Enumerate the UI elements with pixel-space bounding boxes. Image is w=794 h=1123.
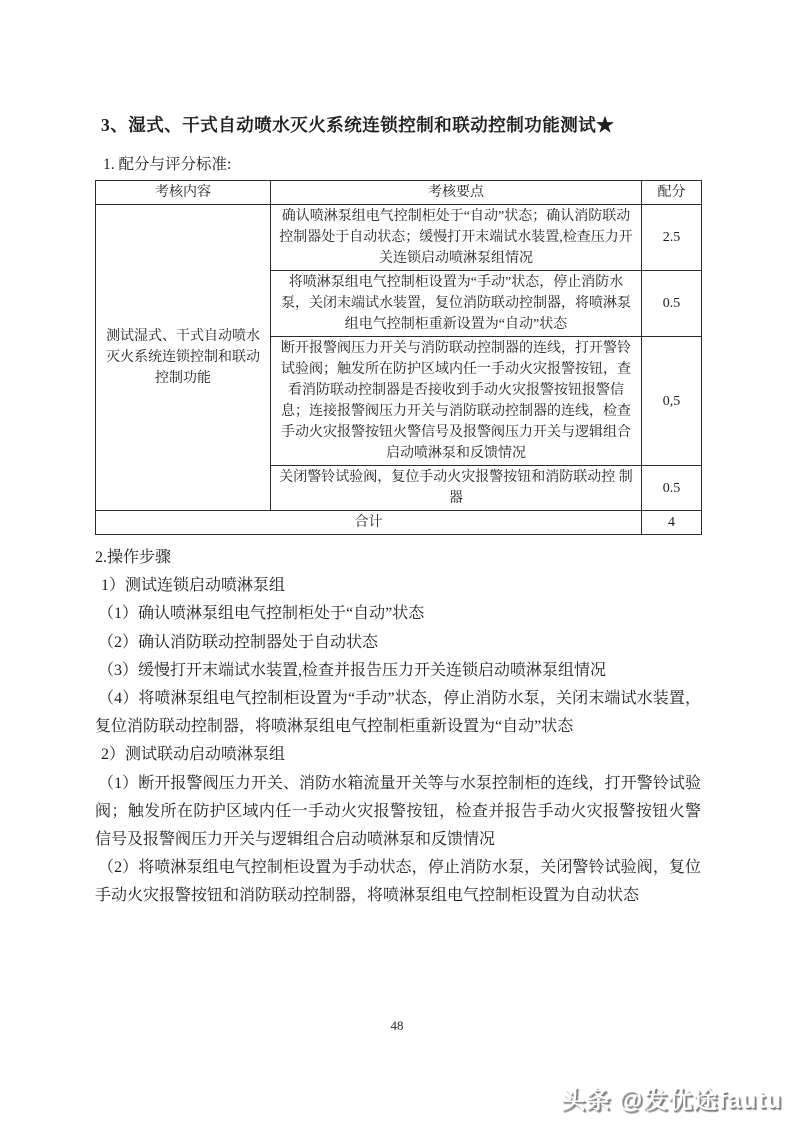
page-number: 48 (0, 1018, 794, 1034)
step-item: 2）测试联动启动喷淋泵组 (95, 741, 701, 769)
score-cell: 0.5 (642, 466, 702, 511)
step-item: （1）断开报警阀压力开关、消防水箱流量开关等与水泵控制柜的连线，打开警铃试验阀；… (95, 770, 701, 855)
total-label-cell: 合计 (96, 511, 642, 535)
header-exam-content: 考核内容 (96, 181, 271, 205)
step-item: （3）缓慢打开末端试水装置,检查并报告压力开关连锁启动喷淋泵组情况 (95, 657, 701, 685)
exam-point-cell: 确认喷淋泵组电气控制柜处于“自动”状态；确认消防联动控制器处于自动状态；缓慢打开… (271, 205, 642, 271)
steps-heading: 2.操作步骤 (95, 544, 701, 572)
exam-point-cell: 关闭警铃试验阀，复位手动火灾报警按钮和消防联动控 制器 (271, 466, 642, 511)
exam-content-label: 测试湿式、干式自动喷水灭火系统连锁控制和联动控制功能 (96, 205, 271, 511)
table-header-row: 考核内容 考核要点 配分 (96, 181, 702, 205)
document-content: 3、湿式、干式自动喷水灭火系统连锁控制和联动控制功能测试★ 1. 配分与评分标准… (95, 112, 701, 911)
exam-point-cell: 断开报警阀压力开关与消防联动控制器的连线，打开警铃试验阀；触发所在防护区域内任一… (271, 337, 642, 466)
step-item: （2）将喷淋泵组电气控制柜设置为手动状态，停止消防水泵，关闭警铃试验阀，复位手动… (95, 854, 701, 910)
score-cell: 0,5 (642, 337, 702, 466)
step-item: 1）测试连锁启动喷淋泵组 (95, 572, 701, 600)
scoring-table: 考核内容 考核要点 配分 测试湿式、干式自动喷水灭火系统连锁控制和联动控制功能 … (95, 180, 702, 535)
step-item: （4）将喷淋泵组电气控制柜设置为“手动”状态，停止消防水泵，关闭末端试水装置，复… (95, 685, 701, 741)
operation-steps-section: 2.操作步骤 1）测试连锁启动喷淋泵组 （1）确认喷淋泵组电气控制柜处于“自动”… (95, 544, 701, 911)
table-row: 测试湿式、干式自动喷水灭火系统连锁控制和联动控制功能 确认喷淋泵组电气控制柜处于… (96, 205, 702, 271)
table-total-row: 合计 4 (96, 511, 702, 535)
score-cell: 0.5 (642, 271, 702, 337)
exam-point-cell: 将喷淋泵组电气控制柜设置为“手动”状态，停止消防水泵，关闭末端试水装置，复位消防… (271, 271, 642, 337)
total-score-cell: 4 (642, 511, 702, 535)
header-exam-points: 考核要点 (271, 181, 642, 205)
header-score: 配分 (642, 181, 702, 205)
scoring-criteria-subtitle: 1. 配分与评分标准: (103, 152, 701, 174)
section-title: 3、湿式、干式自动喷水灭火系统连锁控制和联动控制功能测试★ (101, 112, 701, 137)
step-item: （2）确认消防联动控制器处于自动状态 (95, 629, 701, 657)
score-cell: 2.5 (642, 205, 702, 271)
watermark: 头条 @发优途fautu (561, 1080, 782, 1115)
step-item: （1）确认喷淋泵组电气控制柜处于“自动”状态 (95, 600, 701, 628)
document-page: { "page": { "title": "3、湿式、干式自动喷水灭火系统连锁控… (0, 0, 794, 1123)
